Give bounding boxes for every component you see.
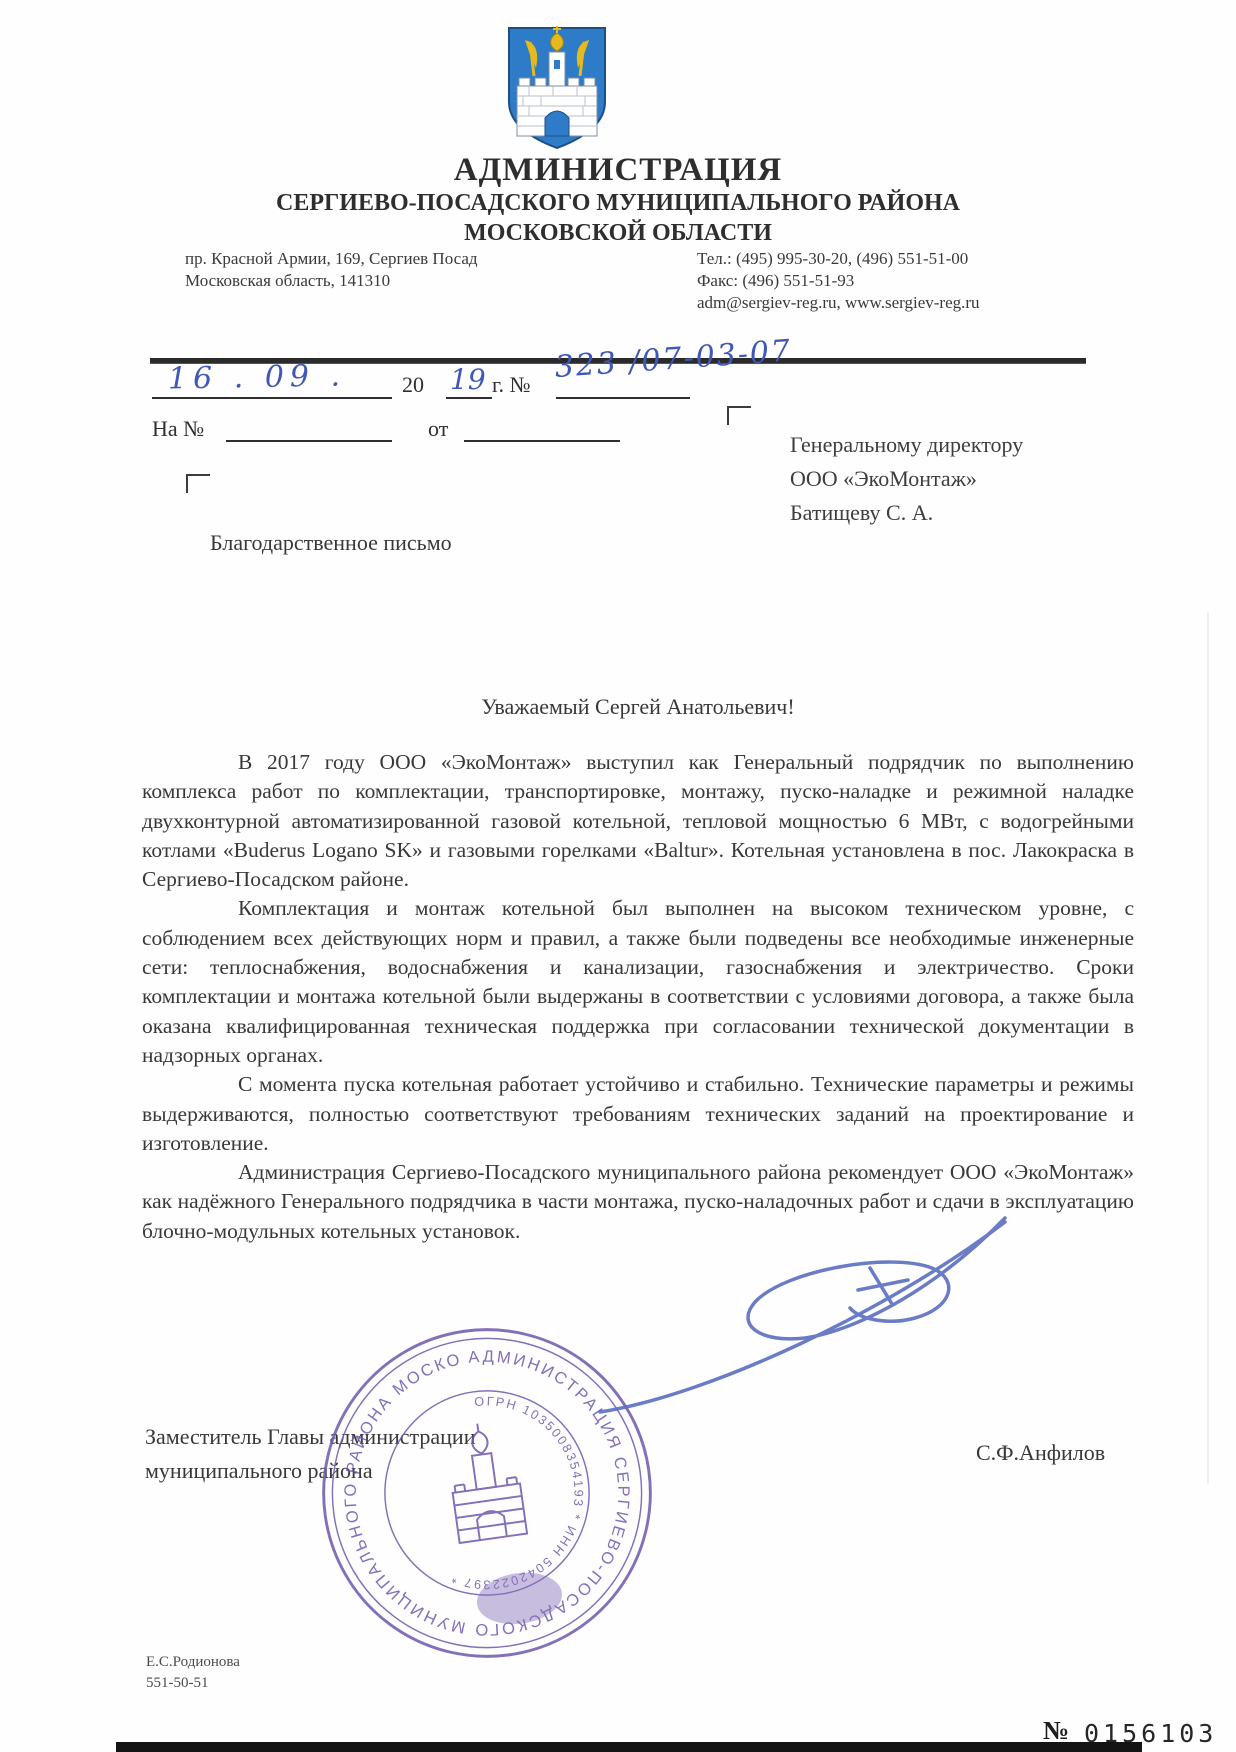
address-line1: пр. Красной Армии, 169, Сергиев Посад [185,248,478,270]
scan-artifact-band [116,1742,1142,1752]
body-paragraph: В 2017 году ООО «ЭкоМонтаж» выступил как… [142,748,1134,894]
handwritten-number: 323 /07-03-07 [554,334,794,385]
year-prefix: 20 [402,372,424,398]
recipient-company: ООО «ЭкоМонтаж» [790,462,1023,496]
stamp-emblem [444,1419,527,1543]
web-line: adm@sergiev-reg.ru, www.sergiev-reg.ru [697,292,980,314]
year-underline [446,397,492,399]
address-line2: Московская область, 141310 [185,270,478,292]
na-underline [226,440,392,442]
subject-corner-mark [186,474,210,493]
na-number-label: На № [152,416,204,442]
executor-block: Е.С.Родионова 551-50-51 [146,1652,240,1694]
phone-line: Тел.: (495) 995-30-20, (496) 551-51-00 [697,248,980,270]
body-paragraph: Комплектация и монтаж котельной был выпо… [142,894,1134,1070]
ot-underline [464,440,620,442]
number-underline [556,397,690,399]
date-underline [152,397,392,399]
recipient-corner-mark [727,406,751,425]
fax-line: Факс: (496) 551-51-93 [697,270,980,292]
org-name-line1: АДМИНИСТРАЦИЯ [0,152,1236,189]
handwritten-date: 16 . 09 . [168,358,347,396]
ot-label: от [428,416,448,442]
org-name-line3: МОСКОВСКОЙ ОБЛАСТИ [0,220,1236,247]
handwritten-signature [560,1190,1040,1450]
body-paragraph: С момента пуска котельная работает устой… [142,1070,1134,1158]
letter-page: АДМИНИСТРАЦИЯ СЕРГИЕВО-ПОСАДСКОГО МУНИЦИ… [0,0,1236,1752]
org-contacts: Тел.: (495) 995-30-20, (496) 551-51-00 Ф… [697,248,980,314]
executor-phone: 551-50-51 [146,1673,240,1694]
coat-of-arms-icon [503,24,611,152]
letter-subject: Благодарственное письмо [210,530,452,556]
org-name-line2: СЕРГИЕВО-ПОСАДСКОГО МУНИЦИПАЛЬНОГО РАЙОН… [0,190,1236,217]
recipient-title: Генеральному директору [790,428,1023,462]
executor-name: Е.С.Родионова [146,1652,240,1673]
number-label: г. № [492,372,531,398]
org-address: пр. Красной Армии, 169, Сергиев Посад Мо… [185,248,478,292]
scan-artifact-line [1207,612,1209,1484]
handwritten-year: 19 [450,363,486,396]
salutation: Уважаемый Сергей Анатольевич! [142,694,1134,720]
letter-body: В 2017 году ООО «ЭкоМонтаж» выступил как… [142,748,1134,1246]
recipient-block: Генеральному директору ООО «ЭкоМонтаж» Б… [790,428,1023,530]
recipient-person: Батищеву С. А. [790,496,1023,530]
